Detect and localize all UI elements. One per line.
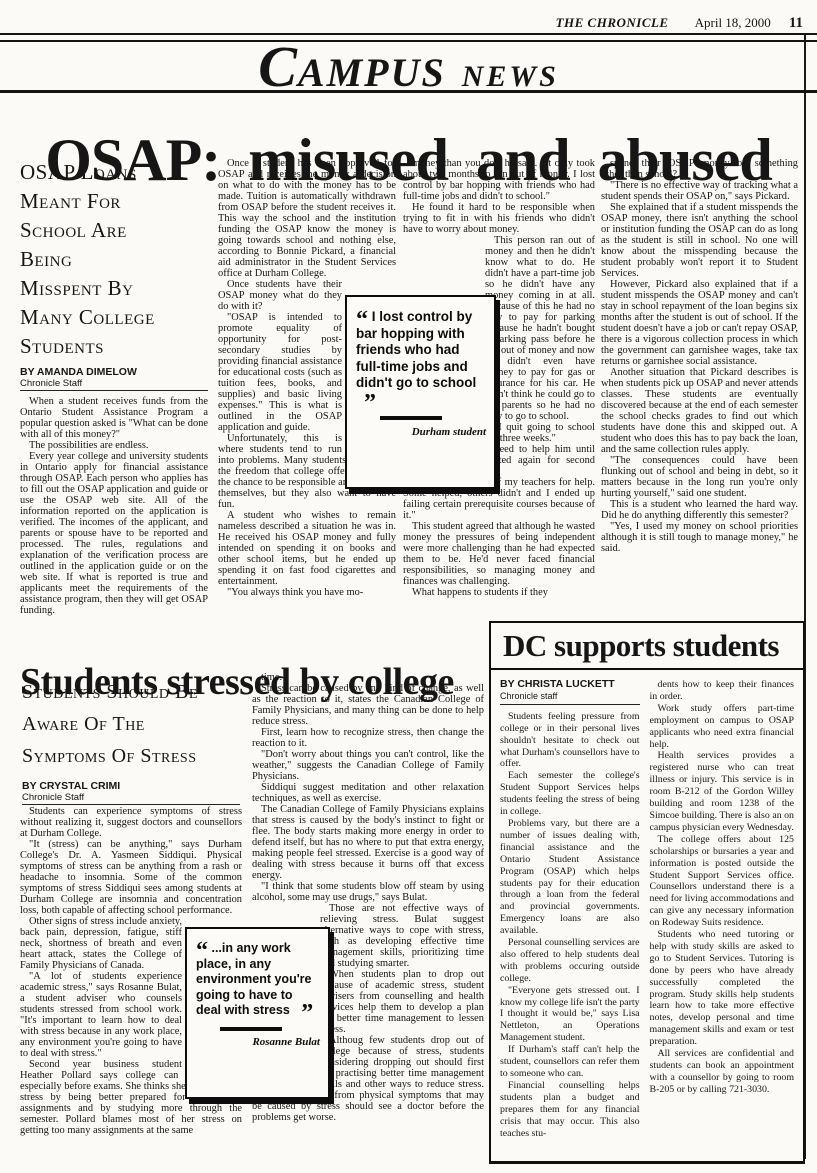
paragraph: She explained that if a student misspend… xyxy=(601,202,798,279)
paragraph: dents how to keep their finances in orde… xyxy=(650,679,794,703)
paragraph: Siddiqui suggest meditation and other re… xyxy=(252,782,484,804)
paragraph: Health services provides a registered nu… xyxy=(650,750,794,833)
paragraph: First, learn how to recognize stress, th… xyxy=(252,727,484,749)
page-number: 11 xyxy=(789,15,803,31)
paragraph: Students who need tutoring or help with … xyxy=(650,929,794,1048)
dc-columns: BY CHRISTA LUCKETT Chronicle staff Stude… xyxy=(491,670,803,1139)
quote-attribution: Rosanne Bulat xyxy=(196,1035,320,1051)
stress-byline-role: Chronicle Staff xyxy=(22,792,240,805)
dc-article-box: DC supports students BY CHRISTA LUCKETT … xyxy=(489,621,805,1164)
quote-rule xyxy=(220,1027,282,1031)
paragraph: The possibilities are endless. xyxy=(20,440,208,451)
pull-quote-text: ...in any work place, in any environment… xyxy=(196,941,312,1017)
paragraph: The college offers about 125 scholarship… xyxy=(650,834,794,929)
osap-column-4: spend their OSAP money on something othe… xyxy=(601,158,798,554)
paragraph: Every year college and university studen… xyxy=(20,451,208,616)
paragraph: When a student receives funds from the O… xyxy=(20,396,208,440)
paragraph: This student agreed that although he was… xyxy=(403,521,595,587)
paragraph: time. xyxy=(252,672,484,683)
paragraph: What happens to students if they xyxy=(403,587,595,598)
paragraph: spend their OSAP money on something othe… xyxy=(601,158,798,180)
paragraph: Each semester the college's Student Supp… xyxy=(500,770,640,818)
osap-byline-role: Chronicle Staff xyxy=(20,378,208,391)
paragraph: Students feeling pressure from college o… xyxy=(500,711,640,771)
paragraph: Students can experience symptoms of stre… xyxy=(20,806,242,839)
dc-byline: BY CHRISTA LUCKETT xyxy=(500,679,640,691)
paragraph: "There is no effective way of tracking w… xyxy=(601,180,798,202)
dc-column-2: dents how to keep their finances in orde… xyxy=(650,679,794,1139)
paragraph: If Durham's staff can't help the student… xyxy=(500,1044,640,1080)
dc-column-1: BY CHRISTA LUCKETT Chronicle staff Stude… xyxy=(500,679,640,1139)
paragraph: "It (stress) can be anything," says Durh… xyxy=(20,839,242,916)
paragraph: "Yes, I used my money on school prioriti… xyxy=(601,521,798,554)
paragraph: "You always think you have mo- xyxy=(218,587,396,598)
paragraph: money than you do," he said. "It only to… xyxy=(403,158,595,202)
stress-deck: Students Should Be Aware Of The Symptoms… xyxy=(22,676,237,772)
paragraph: He found it hard to be responsible when … xyxy=(403,202,595,235)
close-quote-mark: ” xyxy=(301,1000,313,1026)
paragraph: The Canadian College of Family Physician… xyxy=(252,804,484,881)
paragraph: "Everyone gets stressed out. I know my c… xyxy=(500,985,640,1045)
osap-column-1: OSAP Loans Meant For School Are Being Mi… xyxy=(20,158,208,616)
pull-quote-text: I lost control by bar hopping with frien… xyxy=(356,309,476,390)
osap-deck: OSAP Loans Meant For School Are Being Mi… xyxy=(20,158,208,361)
paragraph: All services are confidential and studen… xyxy=(650,1048,794,1096)
section-masthead: CAMPUSNEWS xyxy=(0,40,817,93)
paragraph: "The consequences could have been flunki… xyxy=(601,455,798,499)
paragraph: "Don't worry about things you can't cont… xyxy=(252,749,484,782)
quote-rule xyxy=(380,416,442,420)
stress-byline-block: BY CRYSTAL CRIMI Chronicle Staff xyxy=(22,774,240,810)
newspaper-page: THE CHRONICLEApril 18, 200011 CAMPUSNEWS… xyxy=(0,0,817,1173)
paragraph: Problems vary, but there are a number of… xyxy=(500,818,640,937)
dc-byline-role: Chronicle staff xyxy=(500,691,640,705)
paragraph: Work study offers part-time employment o… xyxy=(650,703,794,751)
osap-pull-quote: “ I lost control by bar hopping with fri… xyxy=(345,295,496,489)
paragraph: Financial counselling helps students pla… xyxy=(500,1080,640,1140)
paragraph: "I think that some students blow off ste… xyxy=(252,881,484,903)
paragraph: Another situation that Pickard describes… xyxy=(601,367,798,455)
stress-pull-quote: “ ...in any work place, in any environme… xyxy=(185,927,330,1099)
paragraph: Once a student has been approved for OSA… xyxy=(218,158,396,279)
section-title: CAMPUSNEWS xyxy=(258,33,559,100)
close-quote-mark: ” xyxy=(364,390,376,416)
stress-byline: BY CRYSTAL CRIMI xyxy=(22,780,240,792)
paragraph: Stress can be caused by any kind of chan… xyxy=(252,683,484,727)
paragraph: However, Pickard also explained that if … xyxy=(601,279,798,367)
page-header: THE CHRONICLEApril 18, 200011 xyxy=(556,15,803,32)
paragraph: This is a student who learned the hard w… xyxy=(601,499,798,521)
quote-attribution: Durham student xyxy=(356,424,486,441)
paragraph: Personal counselling services are also o… xyxy=(500,937,640,985)
publication-name: THE CHRONICLE xyxy=(556,15,669,30)
osap-byline: BY AMANDA DIMELOW xyxy=(20,367,208,378)
paragraph: A student who wishes to remain nameless … xyxy=(218,510,396,587)
issue-date: April 18, 2000 xyxy=(695,15,771,30)
dc-headline: DC supports students xyxy=(491,623,803,670)
